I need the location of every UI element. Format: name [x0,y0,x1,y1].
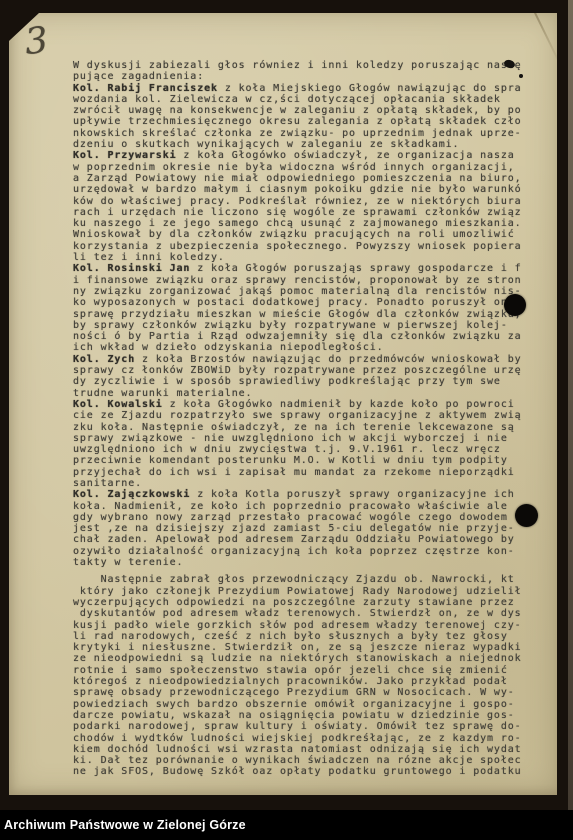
scan-edge-strip [568,0,573,812]
text-line: Wnioskował by dla członków związku pracu… [73,229,543,240]
text-line: i finansowe związku oraz sprawy rencistó… [73,275,543,286]
ink-speck-icon [519,74,523,78]
text-line: sanitarne. [73,478,543,489]
speaker-name: Kol. Kowalski [73,399,163,410]
typewritten-text: W dyskusji zabiezali głos równiez i inni… [73,60,543,778]
text-line: Kol. Rosinski Jan z koła Głogów poruszaj… [73,263,543,274]
text-line: takty w terenie. [73,557,543,568]
text-line: Następnie zabrał głos przewodniczący Zja… [73,574,543,585]
text-line: W dyskusji zabiezali głos równiez i inni… [73,60,543,71]
text-line: Kol. Rabij Franciszek z koła Miejskiego … [73,83,543,94]
text-line: rach i urzędach nie liczono się wogóle z… [73,207,543,218]
handwritten-page-number: 3 [23,20,50,63]
archive-name-label: Archiwum Państwowe w Zielonej Górze [0,818,246,832]
text-line: kiem dochód ludności wsi wzrasta natomia… [73,744,543,755]
text-line: sprawy związkowe - nie uwzględniono ich … [73,433,543,444]
text-line: li tez i inni koledzy. [73,252,543,263]
text-line: ze nieodpowiedni są ludzie na niektórych… [73,653,543,664]
speaker-name: Kol. Zych [73,354,135,365]
document-page: 3 W dyskusji zabiezali głos równiez i in… [9,13,557,795]
text-line: ki. Dał tez porównanie o wynikach świadc… [73,755,543,766]
text-line: sprawę obsady przewodniczącego Prezydium… [73,687,543,698]
text-line: sprawę przydziału mieszkan w mieście Gło… [73,309,543,320]
text-line: dyskutantów pod adresem władz terenowych… [73,608,543,619]
hole-punch-dot [504,294,526,316]
speaker-name: Kol. Zajączkowski [73,489,190,500]
text-line: ne jak SFOS, Budowę Szkół oaz opłaty pod… [73,766,543,777]
text-line: rotnie i samo społeczenstwo stawia opór … [73,665,543,676]
text-line: krytyki i niesłuszne. Stwierdził on, ze … [73,642,543,653]
text-line: ko wyposazonych w postaci dodatkowej pra… [73,297,543,308]
text-line: gdy wybrano nowy zarząd przestało pracow… [73,512,543,523]
text-line: ku naszego i ze jego samego chcą usunąć … [73,218,543,229]
speaker-name: Kol. Przywarski [73,150,177,161]
text-line: Kol. Zych z koła Brzostów nawiązując do … [73,354,543,365]
text-line: w poprzednim okresie nie była widoczna w… [73,162,543,173]
text-line: ności ó by Partia i Rząd odwzajemniły si… [73,331,543,342]
text-line: dzeniu o skutkach wynikających w zalegan… [73,139,543,150]
paper-crease [533,10,558,59]
text-line: korzystania z ubezpieczenia społecznego.… [73,241,543,252]
text-line: upływie trzechmiesięcznego okresu zalega… [73,116,543,127]
text-line: sprawy cz łonków ZBOWiD były rozpatrywan… [73,365,543,376]
text-line: któregoś z nieodpowiedzialnych pracownik… [73,676,543,687]
text-line: przeciwnie komendant posterunku M.O. w K… [73,455,543,466]
text-line: Kol. Zajączkowski z koła Kotla poruszył … [73,489,543,500]
text-line: Kol. Kowalski z koła Głogówko nadmienił … [73,399,543,410]
text-line: powiedziach swych bardzo obszernie omówi… [73,699,543,710]
text-line: podarki narodowej, spraw kultury i oświa… [73,721,543,732]
text-line: uwzględniono ich w dniu zwycięstwa t.j. … [73,444,543,455]
text-line: ków do właściwej pracy. Podkreślał równi… [73,196,543,207]
text-line: li rad narodowych, cześć z nich było słu… [73,631,543,642]
text-line: chodów i wydtków ludności wiejskiej podk… [73,733,543,744]
text-line: chał zaden. Apelował pod adresem Zarządu… [73,534,543,545]
text-line: wyczerpujących odpowiedzi na poszczególn… [73,597,543,608]
text-line: ich wkład w dzieło odzyskania niepodległ… [73,342,543,353]
text-line: cie ze Zjazdu rozpatrzyło swe sprawy org… [73,410,543,421]
archive-footer-bar: Archiwum Państwowe w Zielonej Górze [0,810,573,840]
text-line: przyjechał do ich wsi i zapisał mu manda… [73,467,543,478]
text-line: a Zarząd Powiatowy nie miał odpowiednieg… [73,173,543,184]
hole-punch-dot [515,504,538,527]
text-line: zku koła. Następnie oświadczył, ze na ic… [73,422,543,433]
text-line: zwrócił uwagę na konsekwencje w zalegani… [73,105,543,116]
text-line: wozdania kol. Zielewicza w cz,ści dotycz… [73,94,543,105]
text-line: ozywiło działalność organizacyjną ich ko… [73,546,543,557]
speaker-name: Kol. Rabij Franciszek [73,83,218,94]
text-line: dy zyczliwie i w sposób sprawiedliwy pod… [73,376,543,387]
text-line: koła. Nadmienił, ze koło ich poprzednio … [73,501,543,512]
text-line: nkowskich skreślać członka ze związku- p… [73,128,543,139]
text-line: pujące zagadnienia: [73,71,543,82]
text-line: Kol. Przywarski z koła Głogówko oświadcz… [73,150,543,161]
text-line: który jako członejk Prezydium Powiatowej… [73,586,543,597]
speaker-name: Kol. Rosinski Jan [73,263,190,274]
text-line: urzędował w bardzo małym i ciasnym pokoi… [73,184,543,195]
text-line: ny związku zorganizować jakąś pomoc mate… [73,286,543,297]
text-line: darcze powiatu, wskazał na osiągnięcia p… [73,710,543,721]
text-line: jest ,ze na dzisiejszy zjazd zamiast 5-c… [73,523,543,534]
text-line: by sprawy członków związku były rozpatry… [73,320,543,331]
text-line: trudne warunki materialne. [73,388,543,399]
text-line: kusji padło wiele gorzkich słów pod adre… [73,620,543,631]
